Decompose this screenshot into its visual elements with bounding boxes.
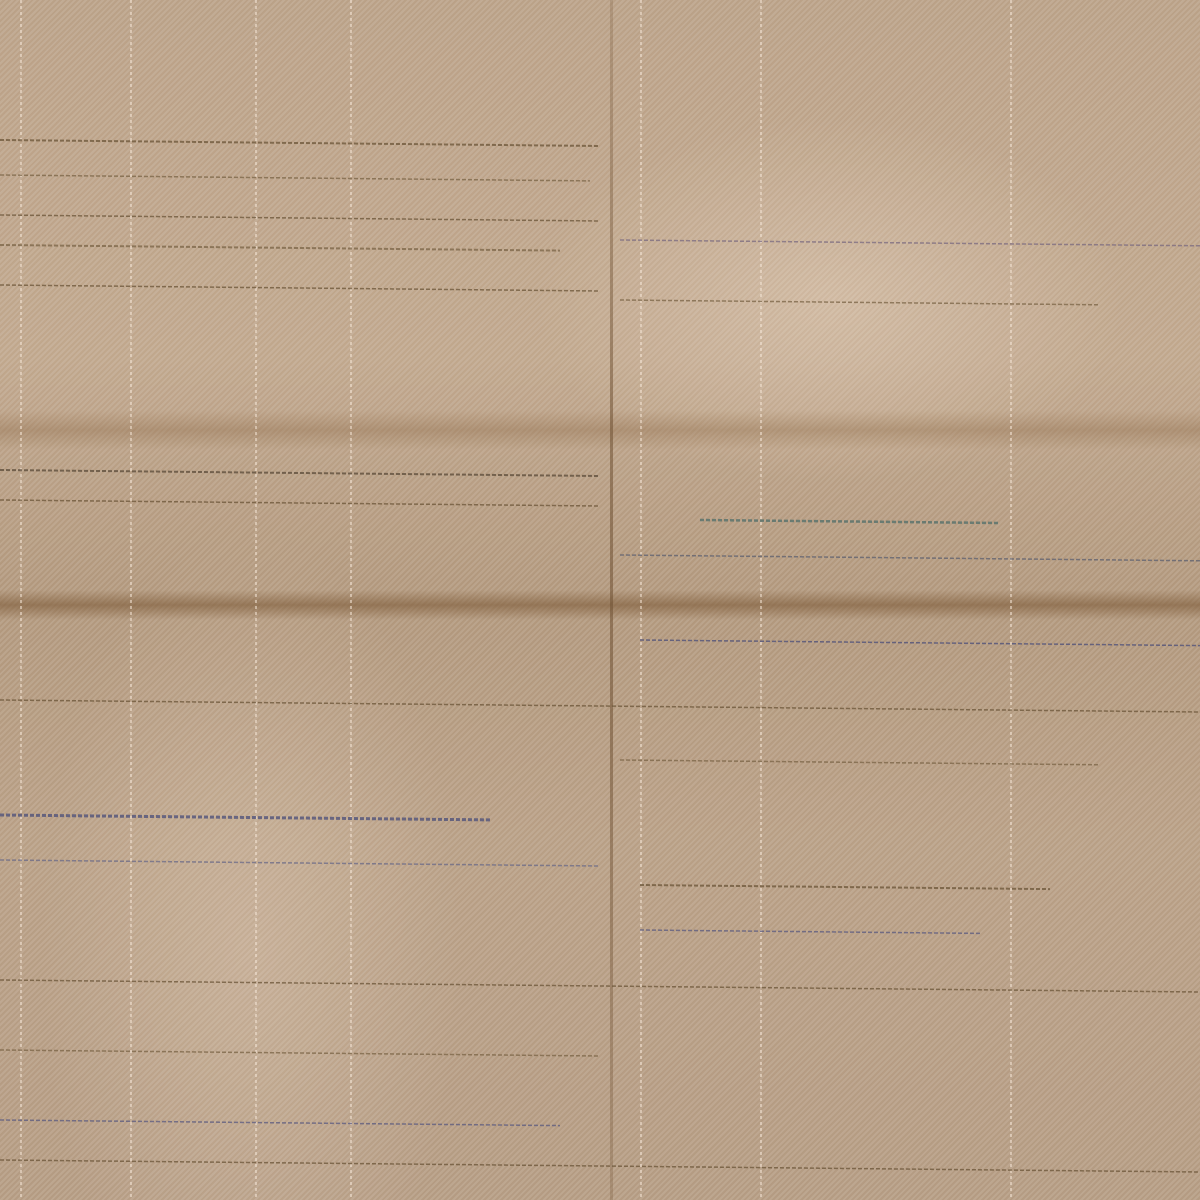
fabric-photo [0, 0, 1200, 1200]
slub-line [620, 555, 1200, 561]
slub-line [0, 215, 600, 221]
slub-line [640, 640, 1200, 646]
slub-line [640, 930, 980, 933]
slub-line [620, 300, 1100, 305]
slub-line [0, 980, 1200, 992]
slub-line [0, 1160, 1200, 1172]
slub-line [0, 700, 1200, 712]
slub-line [0, 175, 590, 181]
slub-line [0, 470, 600, 476]
slub-line [0, 1120, 560, 1126]
slub-line [620, 240, 1200, 246]
slub-line [620, 760, 1100, 765]
slub-line [0, 500, 600, 506]
slub-line [0, 245, 560, 251]
slub-line [640, 885, 1050, 889]
slub-line [0, 285, 600, 291]
slub-line [0, 1050, 600, 1056]
slub-line [0, 860, 600, 866]
slub-line [700, 520, 1000, 523]
slub-line [0, 140, 600, 146]
slub-line [0, 815, 490, 820]
slub-threads [0, 0, 1200, 1200]
